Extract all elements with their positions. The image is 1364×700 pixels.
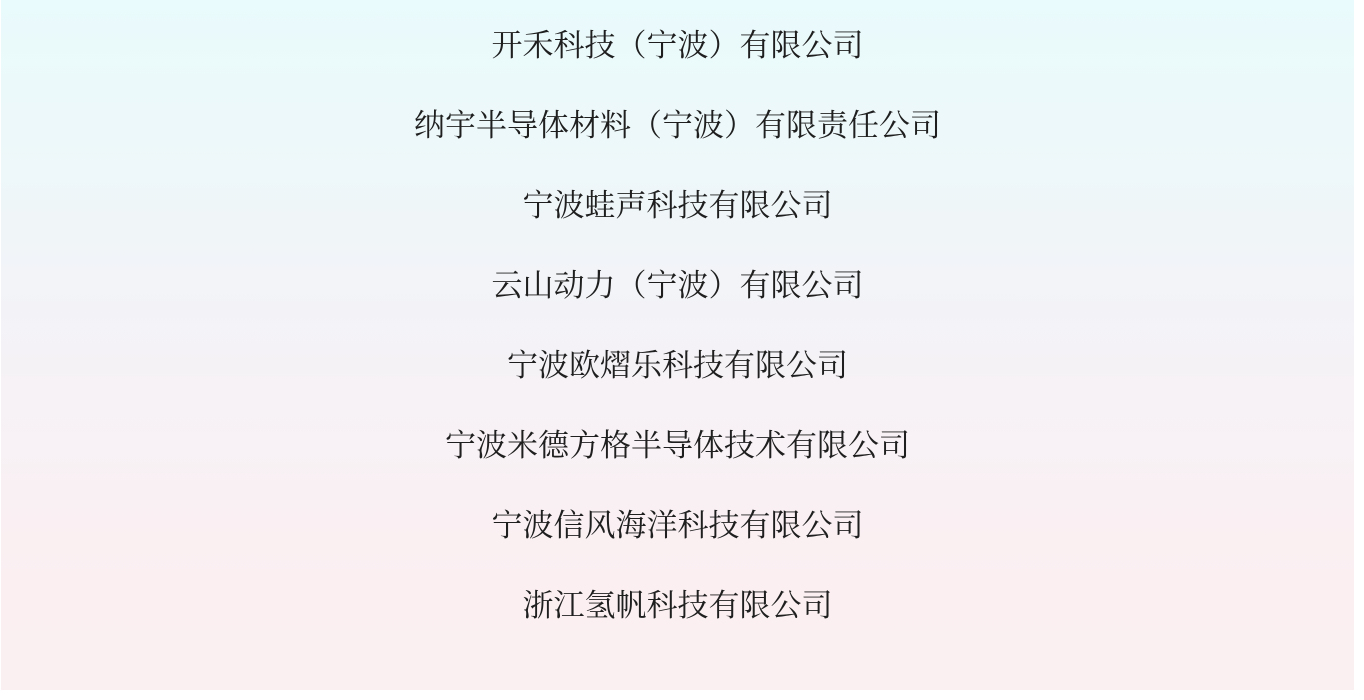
company-name: 宁波蛙声科技有限公司 <box>1 186 1354 226</box>
company-name: 纳宇半导体材料（宁波）有限责任公司 <box>1 106 1354 146</box>
company-list-panel: 开禾科技（宁波）有限公司 纳宇半导体材料（宁波）有限责任公司 宁波蛙声科技有限公… <box>1 0 1354 690</box>
company-name: 宁波欧熠乐科技有限公司 <box>1 346 1354 386</box>
company-name: 云山动力（宁波）有限公司 <box>1 266 1354 306</box>
company-name: 宁波米德方格半导体技术有限公司 <box>1 426 1354 466</box>
company-name: 浙江氢帆科技有限公司 <box>1 586 1354 626</box>
company-name: 开禾科技（宁波）有限公司 <box>1 26 1354 66</box>
company-name: 宁波信风海洋科技有限公司 <box>1 506 1354 546</box>
